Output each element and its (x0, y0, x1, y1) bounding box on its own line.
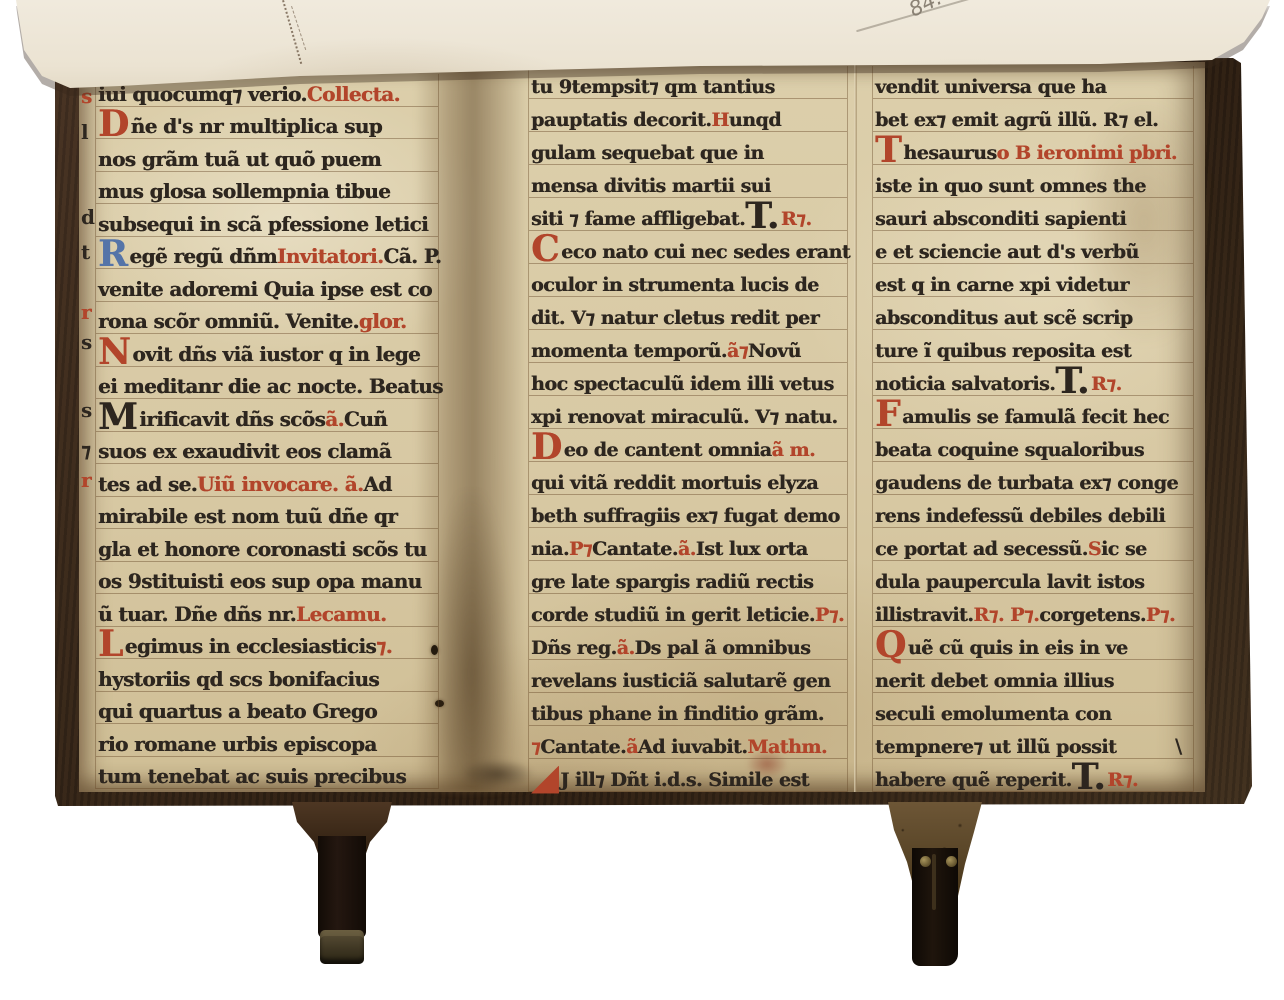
text-line: bet ex⁊ emit agrũ illũ. R⁊ el. (873, 99, 1193, 132)
text-line: sauri absconditi sapienti (873, 198, 1193, 231)
text-line: nerit debet omnia illius (873, 660, 1193, 693)
text-line: iste in quo sunt omnes the (873, 165, 1193, 198)
text-segment: hystoriis qd scs bonifacius (98, 667, 379, 691)
text-segment: R⁊. (1107, 769, 1138, 791)
illuminated-initial: C (531, 236, 559, 263)
text-segment: ã. (325, 407, 344, 431)
book-binding: iui quocumq⁊ verio. Collecta.Dñe d's nr … (55, 58, 1252, 806)
text-segment: H (711, 109, 728, 131)
text-segment: corgetens. (1039, 604, 1146, 626)
text-line: hoc spectaculũ idem illi vetus (529, 363, 847, 396)
text-segment: P⁊ (569, 538, 592, 560)
text-segment: J ill⁊ Dñt i.d.s. Simile est (560, 769, 809, 791)
text-line: illistravit. R⁊. P⁊. corgetens. P⁊. (873, 594, 1193, 627)
text-segment: ovit dñs viã iustor q in lege (132, 342, 420, 366)
text-segment: Ist lux orta (696, 538, 808, 560)
text-segment: Collecta. (307, 82, 400, 106)
text-line: gaudens de turbata ex⁊ conge (873, 462, 1193, 495)
text-segment: R⁊. P⁊. (973, 604, 1039, 626)
text-line: beata coquine squaloribus (873, 429, 1193, 462)
text-segment: Cantate. (540, 736, 626, 758)
text-segment: Ad iuvabit. (638, 736, 747, 758)
text-segment: e et sciencie aut d's verbũ (875, 241, 1139, 263)
text-line: Ceco nato cui nec sedes erant (529, 231, 847, 264)
text-line: subsequi in scã pfessione letici (96, 204, 438, 237)
brass-rivet (920, 856, 931, 867)
text-segment: rona scõr omniũ. Venite. (98, 309, 359, 333)
manuscript-photo: iui quocumq⁊ verio. Collecta.Dñe d's nr … (0, 0, 1284, 1000)
text-segment: dula paupercula lavit istos (875, 571, 1144, 593)
text-segment: revelans iusticiã salutarẽ gen (531, 670, 830, 692)
middle-text-column: tu 9tempsit⁊ qm tantiuspauptatis decorit… (528, 66, 848, 792)
text-segment: ic se (1101, 538, 1147, 560)
text-segment: iste in quo sunt omnes the (875, 175, 1146, 197)
text-segment: illistravit. (875, 604, 973, 626)
text-segment: egẽ regũ dñm (129, 244, 277, 268)
text-line: Regẽ regũ dñm Invitatori. Cã. P. (96, 237, 438, 270)
illuminated-initial: T. (1072, 764, 1106, 791)
illuminated-initial: F (875, 401, 900, 428)
text-line: pauptatis decorit. Hunqd (529, 99, 847, 132)
text-line: qui vitã reddit mortuis elyza (529, 462, 847, 495)
text-segment: S (1088, 538, 1101, 560)
text-line: gre late spargis radiũ rectis (529, 561, 847, 594)
text-segment: mirabile est nom tuũ dñe qr (98, 504, 397, 528)
illuminated-initial: M (98, 404, 137, 431)
text-segment: unqd (729, 109, 781, 131)
left-text-column: iui quocumq⁊ verio. Collecta.Dñe d's nr … (95, 74, 439, 789)
text-segment: Invitatori. (277, 244, 383, 268)
text-line: Dñe d's nr multiplica sup (96, 107, 438, 140)
text-segment: ã (626, 736, 638, 758)
text-segment: seculi emolumenta con (875, 703, 1111, 725)
left-clasp-strap (288, 802, 398, 972)
text-segment: ñe d's nr multiplica sup (131, 114, 382, 138)
text-segment: sauri absconditi sapienti (875, 208, 1126, 230)
text-line: tempnere⁊ ut illũ possit (873, 726, 1193, 759)
text-line: Thesaurus o B ieronimi pbri. (873, 132, 1193, 165)
text-line: ei meditanr die ac nocte. Beatus (96, 367, 438, 400)
text-segment: siti ⁊ fame affligebat. (531, 208, 745, 230)
hook-slot (932, 854, 936, 910)
margin-letter: t (81, 240, 90, 264)
text-segment: uẽ cũ quis in eis in ve (908, 637, 1128, 659)
text-segment: momenta temporũ. (531, 340, 727, 362)
brass-rivet (946, 856, 957, 867)
text-segment: ã m. (771, 439, 815, 461)
text-line: Quẽ cũ quis in eis in ve (873, 627, 1193, 660)
text-segment: mus glosa sollempnia tibue (98, 179, 390, 203)
illuminated-initial: D (531, 434, 562, 461)
text-segment: bet ex⁊ emit agrũ illũ. R⁊ el. (875, 109, 1158, 131)
text-segment: ã. (678, 538, 696, 560)
text-segment: P⁊. (1146, 604, 1175, 626)
illuminated-initial: Q (875, 632, 906, 659)
text-segment: corde studiũ in gerit leticie. (531, 604, 815, 626)
text-line: seculi emolumenta con (873, 693, 1193, 726)
text-line: hystoriis qd scs bonifacius (96, 659, 438, 692)
text-line: oculor in strumenta lucis de (529, 264, 847, 297)
text-line: nos grãm tuã ut quõ puem (96, 139, 438, 172)
text-line: ũ tuar. Dñe dñs nr. Lecamu. (96, 594, 438, 627)
text-segment: absconditus aut scẽ scrip (875, 307, 1133, 329)
text-segment: pauptatis decorit. (531, 109, 711, 131)
strap-metal-tip (320, 930, 364, 964)
text-segment: tempnere⁊ ut illũ possit (875, 736, 1116, 758)
text-segment: P⁊. (815, 604, 844, 626)
text-line: os 9stituisti eos sup opa manu (96, 562, 438, 595)
parchment-page: iui quocumq⁊ verio. Collecta.Dñe d's nr … (79, 62, 1205, 792)
text-segment: o B ieronimi pbri. (997, 142, 1177, 164)
text-line: venite adoremi Quia ipse est co (96, 269, 438, 302)
text-line: e et sciencie aut d's verbũ (873, 231, 1193, 264)
text-segment: eo de cantent omnia (564, 439, 772, 461)
text-line: tum tenebat ac suis precibus (96, 757, 438, 790)
text-segment: Uiũ invocare. ã. (197, 472, 363, 496)
text-segment: Mathm. (747, 736, 827, 758)
dark-smudge (463, 760, 533, 788)
illuminated-initial: L (98, 631, 123, 658)
text-line: mensa divitis martii sui (529, 165, 847, 198)
text-line: ture ĩ quibus reposita est (873, 330, 1193, 363)
margin-letter: s (81, 330, 92, 354)
text-segment: est q in carne xpi videtur (875, 274, 1129, 296)
illuminated-initial: R (98, 241, 127, 268)
text-line: corde studiũ in gerit leticie. P⁊. (529, 594, 847, 627)
text-line: siti ⁊ fame affligebat. T. R⁊. (529, 198, 847, 231)
text-line: est q in carne xpi videtur (873, 264, 1193, 297)
text-segment: vendit universa que ha (875, 76, 1106, 98)
text-segment: ⁊ (531, 736, 540, 758)
text-line: Mirificavit dñs scõs ã. Cuñ (96, 399, 438, 432)
text-line: gla et honore coronasti scõs tu (96, 529, 438, 562)
text-segment: ã. (617, 637, 635, 659)
text-segment: gre late spargis radiũ rectis (531, 571, 813, 593)
right-text-column: vendit universa que habet ex⁊ emit agrũ … (872, 66, 1194, 792)
text-segment: hoc spectaculũ idem illi vetus (531, 373, 834, 395)
text-line: tes ad se. Uiũ invocare. ã. Ad (96, 464, 438, 497)
text-segment: Cuñ (344, 407, 387, 431)
text-line: nia. P⁊ Cantate. ã. Ist lux orta (529, 528, 847, 561)
text-segment: mensa divitis martii sui (531, 175, 771, 197)
text-segment: eco nato cui nec sedes erant (561, 241, 850, 263)
text-line: rona scõr omniũ. Venite. glor. (96, 302, 438, 335)
text-segment: Novũ (748, 340, 801, 362)
text-line: mirabile est nom tuũ dñe qr (96, 497, 438, 530)
text-segment: beata coquine squaloribus (875, 439, 1144, 461)
text-segment: qui vitã reddit mortuis elyza (531, 472, 818, 494)
text-segment: subsequi in scã pfessione letici (98, 212, 428, 236)
ink-inscription (291, 6, 306, 50)
illuminated-initial: T. (745, 203, 779, 230)
text-line: absconditus aut scẽ scrip (873, 297, 1193, 330)
margin-letter: s (81, 398, 92, 422)
text-segment: suos ex exaudivit eos clamã (98, 439, 391, 463)
text-line: ⁊ Cantate. ã Ad iuvabit. Mathm. (529, 726, 847, 759)
text-line: gulam sequebat que in (529, 132, 847, 165)
margin-letter: l (81, 120, 89, 144)
text-line: suos ex exaudivit eos clamã (96, 432, 438, 465)
illuminated-initial: D (98, 111, 129, 138)
right-clasp-strap (878, 802, 988, 972)
text-segment: xpi renovat miraculũ. V⁊ natu. (531, 406, 838, 428)
text-segment: tum tenebat ac suis precibus (98, 764, 406, 788)
text-segment: amulis se famulã fecit hec (902, 406, 1169, 428)
text-segment: tibus phane in finditio grãm. (531, 703, 824, 725)
text-segment: beth suffragiis ex⁊ fugat demo (531, 505, 840, 527)
text-segment: ei meditanr die ac nocte. Beatus (98, 374, 443, 398)
text-line: Dñs reg. ã. Ds pal ã omnibus (529, 627, 847, 660)
margin-letter: ⁊ (81, 438, 91, 462)
text-segment: venite adoremi Quia ipse est co (98, 277, 432, 301)
text-line: dula paupercula lavit istos (873, 561, 1193, 594)
text-segment: Dñs reg. (531, 637, 617, 659)
text-line: mus glosa sollempnia tibue (96, 172, 438, 205)
column-crease (854, 62, 857, 792)
text-segment: glor. (359, 309, 407, 333)
text-segment: habere quẽ reperit. (875, 769, 1072, 791)
text-segment: R⁊. (1091, 373, 1122, 395)
text-line: Famulis se famulã fecit hec (873, 396, 1193, 429)
text-segment: ce portat ad secessũ. (875, 538, 1088, 560)
text-segment: tu 9tempsit⁊ qm tantius (531, 76, 775, 98)
text-line: beth suffragiis ex⁊ fugat demo (529, 495, 847, 528)
text-segment: gla et honore coronasti scõs tu (98, 537, 427, 561)
text-segment: ture ĩ quibus reposita est (875, 340, 1131, 362)
text-line: ◢J ill⁊ Dñt i.d.s. Simile est (529, 759, 847, 792)
text-segment: Ds pal ã omnibus (635, 637, 811, 659)
text-segment: ũ tuar. Dñe dñs nr. (98, 602, 296, 626)
illuminated-initial: T. (1055, 368, 1089, 395)
text-segment: nia. (531, 538, 569, 560)
gutter-stain-lower (431, 492, 511, 792)
text-segment: oculor in strumenta lucis de (531, 274, 819, 296)
text-segment: os 9stituisti eos sup opa manu (98, 569, 422, 593)
text-line: habere quẽ reperit. T. R⁊. (873, 759, 1193, 792)
text-line: revelans iusticiã salutarẽ gen (529, 660, 847, 693)
text-segment: hesaurus (903, 142, 996, 164)
margin-letter: r (81, 468, 92, 492)
text-segment: R⁊. (781, 208, 812, 230)
illuminated-initial: T (875, 137, 901, 164)
text-line: noticia salvatoris. T. R⁊. (873, 363, 1193, 396)
text-line: Deo de cantent omnia ã m. (529, 429, 847, 462)
strap-band (318, 836, 366, 938)
illuminated-initial: N (98, 339, 130, 366)
stray-mark: \ (1175, 734, 1182, 758)
text-line: momenta temporũ. ã⁊ Novũ (529, 330, 847, 363)
text-segment: ã⁊ (727, 340, 748, 362)
text-line: rio romane urbis episcopa (96, 724, 438, 757)
text-segment: Ad (363, 472, 391, 496)
margin-letter: r (81, 300, 92, 324)
text-line: rens indefessũ debiles debili (873, 495, 1193, 528)
text-line: qui quartus a beato Grego (96, 692, 438, 725)
text-line: ce portat ad secessũ. Sic se (873, 528, 1193, 561)
text-line: xpi renovat miraculũ. V⁊ natu. (529, 396, 847, 429)
text-segment: Lecamu. (296, 602, 386, 626)
text-segment: gulam sequebat que in (531, 142, 764, 164)
illuminated-initial: ◢ (531, 764, 558, 791)
text-segment: nos grãm tuã ut quõ puem (98, 147, 381, 171)
text-line: tibus phane in finditio grãm. (529, 693, 847, 726)
text-segment: gaudens de turbata ex⁊ conge (875, 472, 1178, 494)
text-segment: qui quartus a beato Grego (98, 699, 377, 723)
text-segment: Cã. P. (383, 244, 441, 268)
text-segment: noticia salvatoris. (875, 373, 1055, 395)
text-segment: ⁊. (376, 634, 392, 658)
text-segment: egimus in ecclesiasticis (125, 634, 376, 658)
margin-letter: d (81, 205, 95, 229)
text-segment: irificavit dñs scõs (139, 407, 325, 431)
text-segment: dit. V⁊ natur cletus redit per (531, 307, 819, 329)
text-segment: nerit debet omnia illius (875, 670, 1114, 692)
text-segment: Cantate. (592, 538, 678, 560)
text-line: Novit dñs viã iustor q in lege (96, 334, 438, 367)
text-segment: tes ad se. (98, 472, 197, 496)
text-segment: rens indefessũ debiles debili (875, 505, 1165, 527)
text-line: dit. V⁊ natur cletus redit per (529, 297, 847, 330)
text-segment: rio romane urbis episcopa (98, 732, 377, 756)
text-line: Legimus in ecclesiasticis ⁊. (96, 627, 438, 660)
